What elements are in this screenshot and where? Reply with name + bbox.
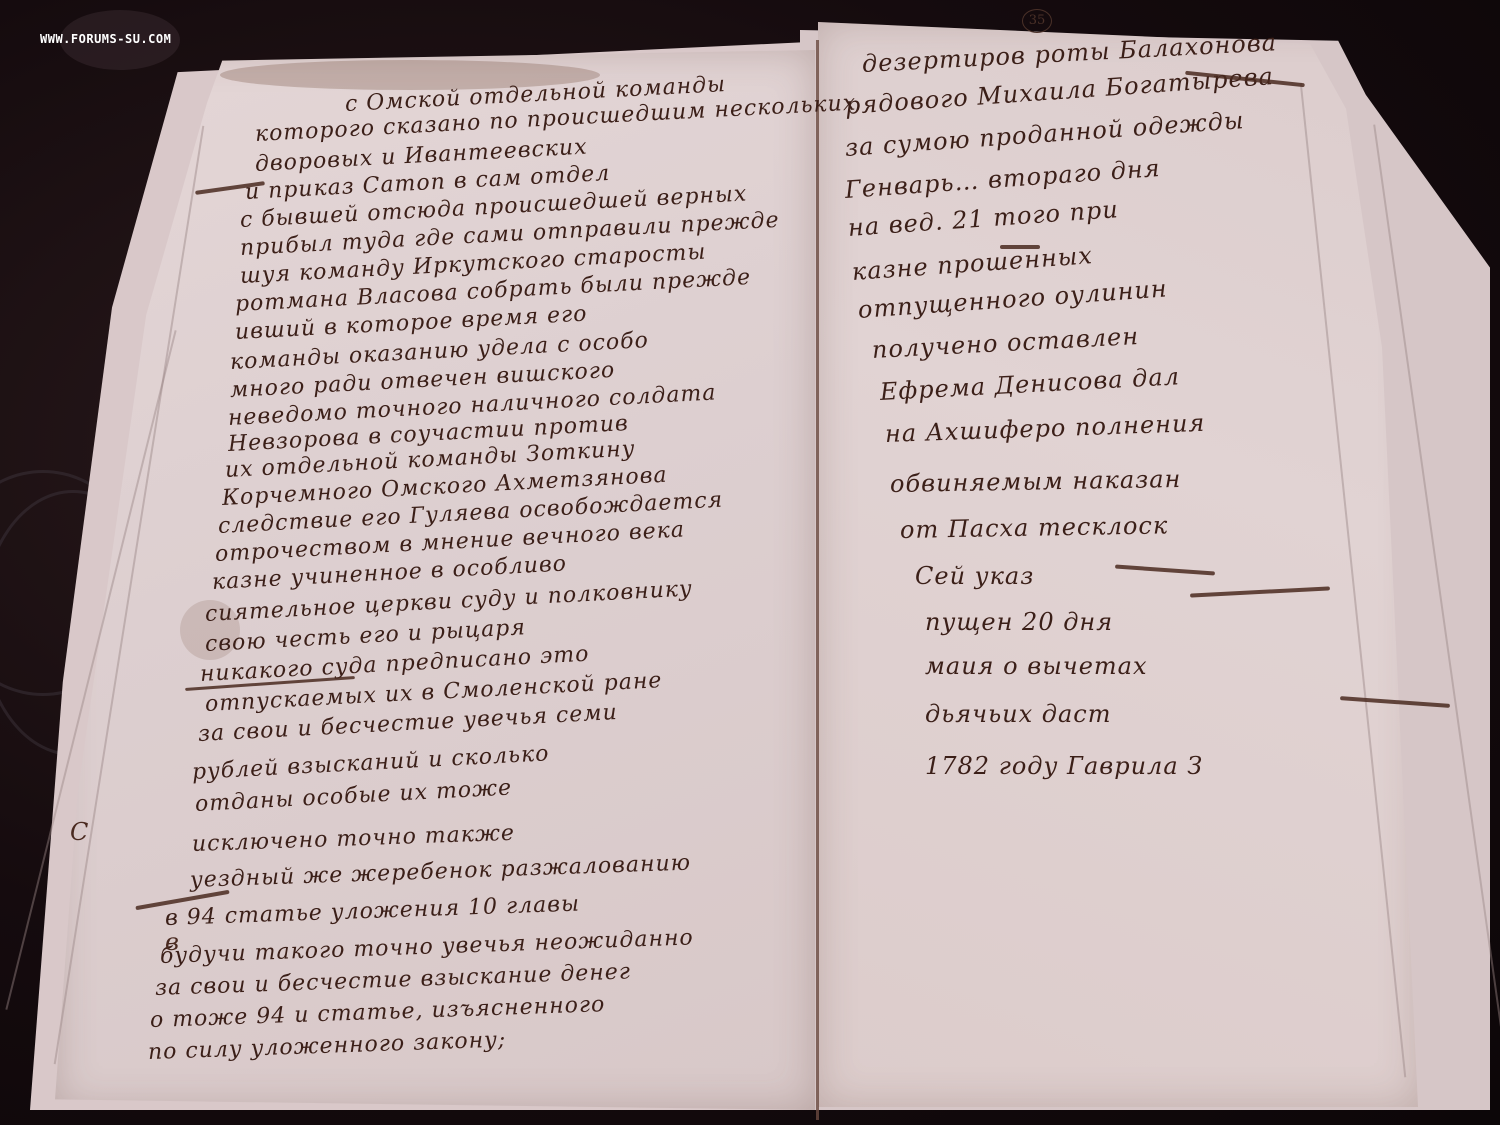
binding-gutter — [816, 40, 819, 1120]
manuscript-line: Сей указ — [915, 562, 1034, 590]
margin-note: в — [165, 928, 179, 956]
manuscript-line: обвиняемым наказан — [890, 465, 1182, 498]
manuscript-line: 1782 году Гаврила З — [925, 752, 1203, 780]
manuscript-line: пущен 20 дня — [925, 608, 1113, 636]
watermark-text: WWW.FORUMS-SU.COM — [40, 32, 171, 46]
manuscript-line: дьячьих даст — [925, 700, 1112, 728]
folio-number: 35 — [1022, 9, 1052, 33]
ink-flourish — [1000, 245, 1040, 249]
margin-note: С — [70, 818, 88, 846]
manuscript-line: маия о вычетах — [925, 652, 1148, 680]
manuscript-line: от Пасха тесклоск — [900, 511, 1169, 544]
